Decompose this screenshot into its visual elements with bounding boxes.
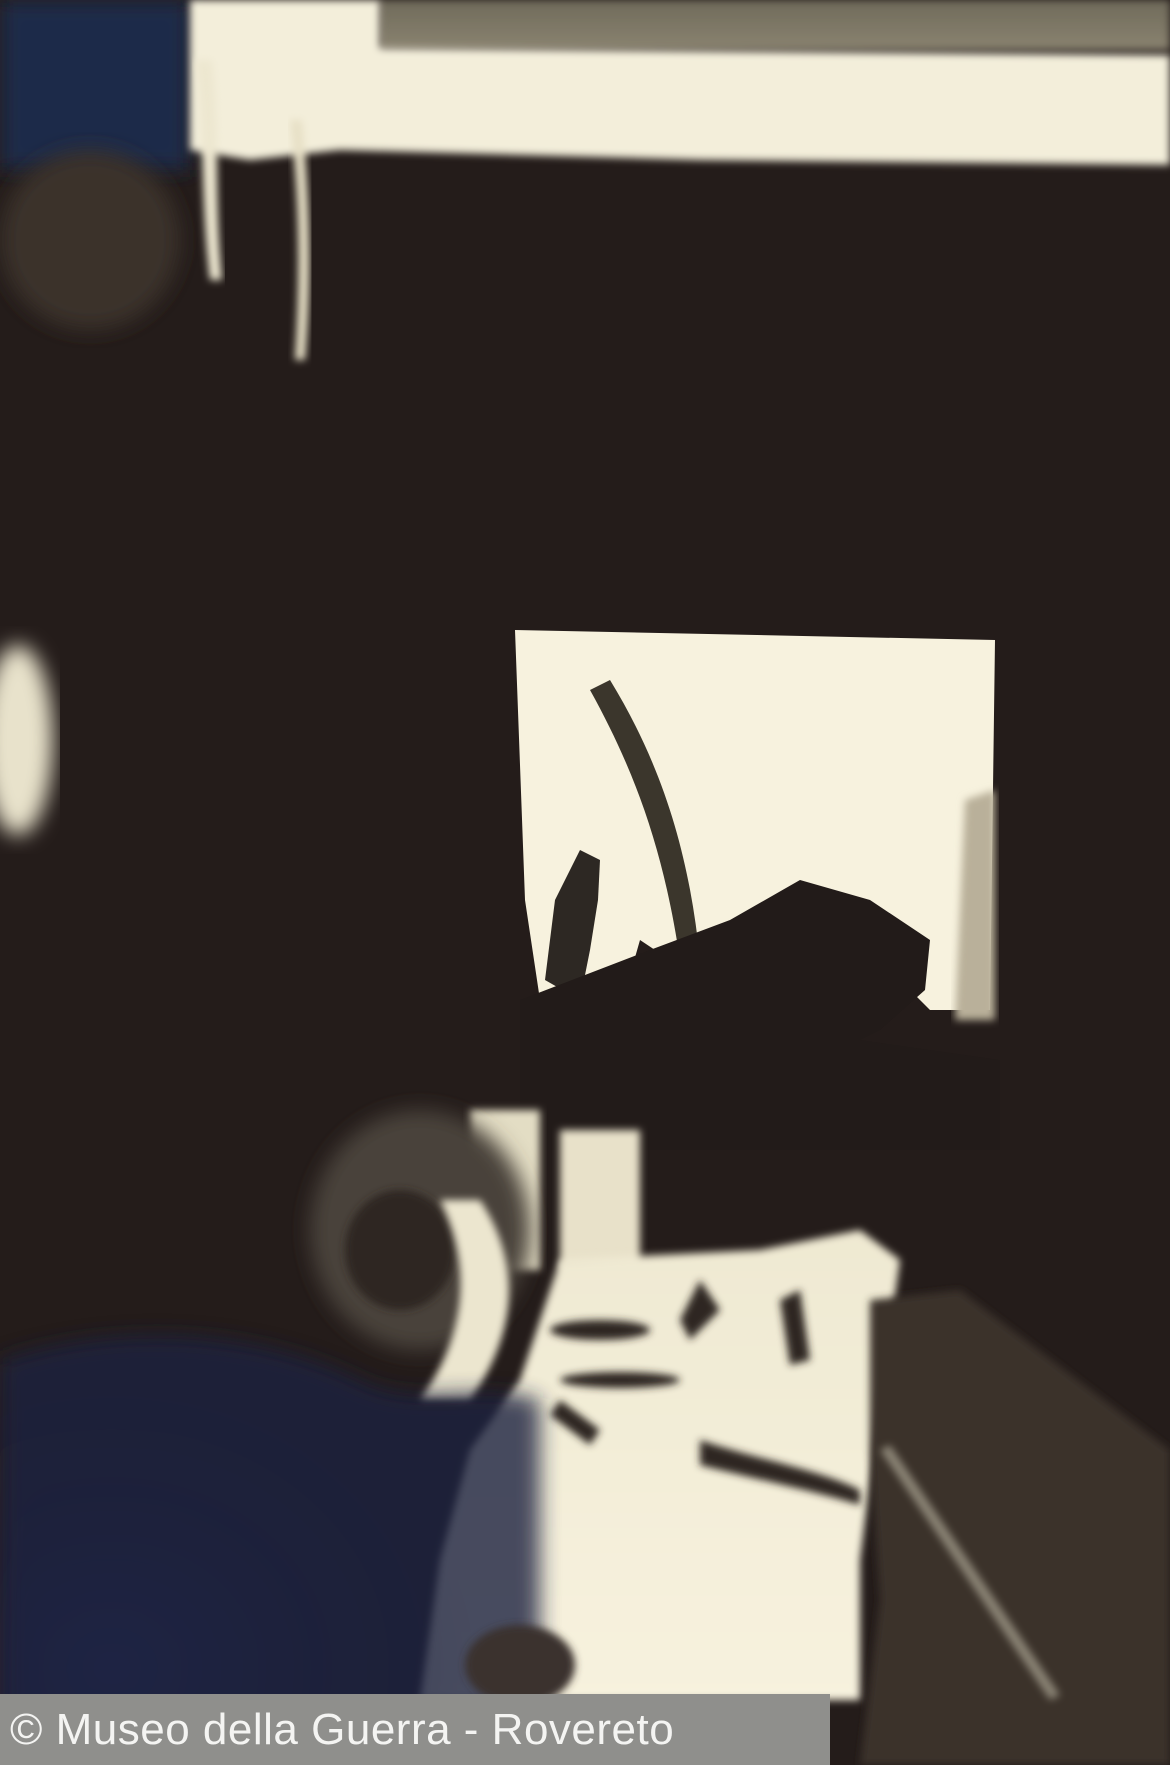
historical-photograph: © Museo della Guerra - Rovereto [0,0,1170,1765]
copyright-caption: © Museo della Guerra - Rovereto [10,1705,674,1755]
copyright-caption-band: © Museo della Guerra - Rovereto [0,1694,830,1765]
photo-scene [0,0,1170,1765]
